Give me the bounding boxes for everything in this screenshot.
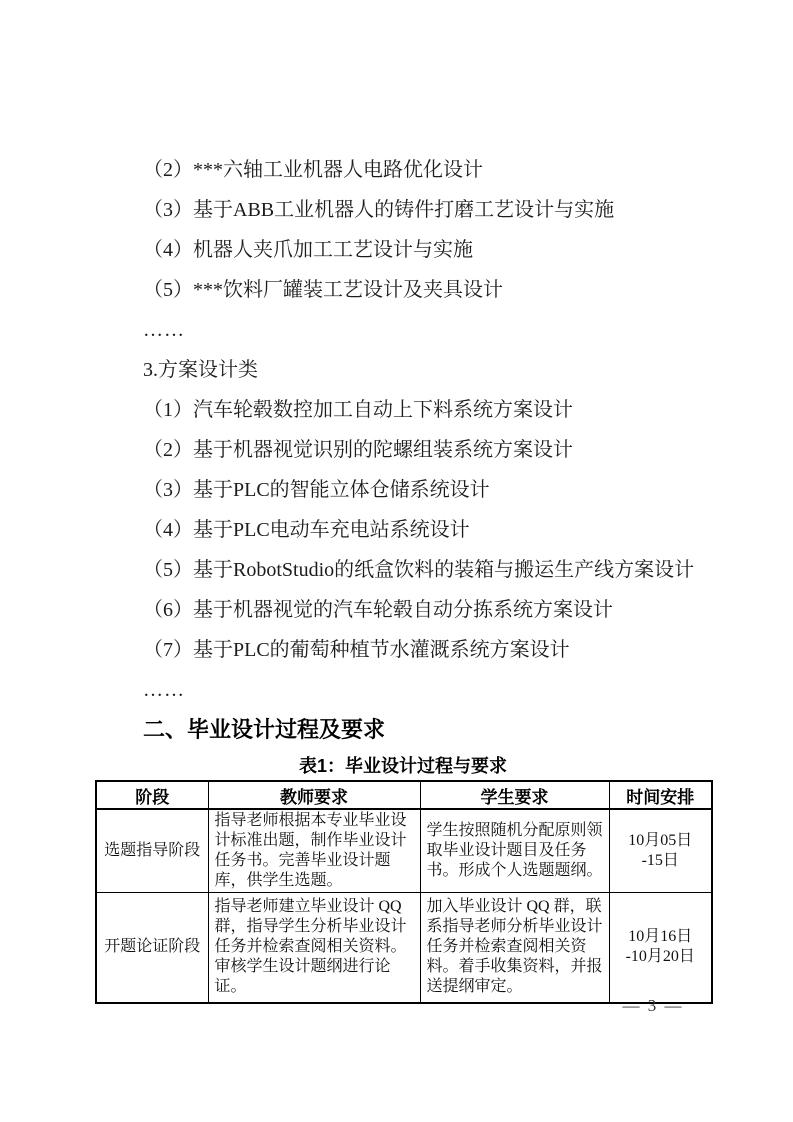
list-item: （2）***六轴工业机器人电路优化设计 xyxy=(95,150,711,190)
column-header-schedule: 时间安排 xyxy=(609,781,712,809)
table-caption: 表1：毕业设计过程与要求 xyxy=(95,755,711,777)
document-body: （2）***六轴工业机器人电路优化设计 （3）基于ABB工业机器人的铸件打磨工艺… xyxy=(95,150,711,1004)
schedule-cell: 10月16日 -10月20日 xyxy=(609,893,712,1003)
stage-cell: 开题论证阶段 xyxy=(96,893,208,1003)
ellipsis-line: …… xyxy=(95,310,711,350)
student-requirements-cell: 学生按照随机分配原则领取毕业设计题目及任务书。形成个人选题题纲。 xyxy=(420,809,609,893)
list-item: （2）基于机器视觉识别的陀螺组装系统方案设计 xyxy=(95,430,711,470)
list-item: （6）基于机器视觉的汽车轮毂自动分拣系统方案设计 xyxy=(95,590,711,630)
document-page: （2）***六轴工业机器人电路优化设计 （3）基于ABB工业机器人的铸件打磨工艺… xyxy=(0,0,793,1122)
list-item: （7）基于PLC的葡萄种植节水灌溉系统方案设计 xyxy=(95,630,711,670)
student-requirements-cell: 加入毕业设计 QQ 群，联系指导老师分析毕业设计任务并检索查阅相关资料。着手收集… xyxy=(420,893,609,1003)
column-header-student-requirements: 学生要求 xyxy=(420,781,609,809)
teacher-requirements-cell: 指导老师建立毕业设计 QQ 群，指导学生分析毕业设计任务并检索查阅相关资料。审核… xyxy=(208,893,420,1003)
schedule-line: 10月16日 xyxy=(616,927,706,947)
teacher-requirements-cell: 指导老师根据本专业毕业设计标准出题，制作毕业设计任务书。完善毕业设计题库，供学生… xyxy=(208,809,420,893)
list-item: （5）***饮料厂罐装工艺设计及夹具设计 xyxy=(95,270,711,310)
table-row: 选题指导阶段 指导老师根据本专业毕业设计标准出题，制作毕业设计任务书。完善毕业设… xyxy=(96,809,712,893)
section-label-scheme-design: 3.方案设计类 xyxy=(95,350,711,390)
list-item: （4）机器人夹爪加工工艺设计与实施 xyxy=(95,230,711,270)
list-item: （1）汽车轮毂数控加工自动上下料系统方案设计 xyxy=(95,390,711,430)
list-item: （3）基于PLC的智能立体仓储系统设计 xyxy=(95,470,711,510)
list-item: （5）基于RobotStudio的纸盒饮料的装箱与搬运生产线方案设计 xyxy=(95,550,711,590)
schedule-line: 10月05日 xyxy=(616,831,706,851)
process-requirements-table: 阶段 教师要求 学生要求 时间安排 选题指导阶段 指导老师根据本专业毕业设计标准… xyxy=(95,780,713,1004)
list-item: （3）基于ABB工业机器人的铸件打磨工艺设计与实施 xyxy=(95,190,711,230)
table-row: 开题论证阶段 指导老师建立毕业设计 QQ 群，指导学生分析毕业设计任务并检索查阅… xyxy=(96,893,712,1003)
page-number: — 3 — xyxy=(607,996,699,1016)
schedule-line: -15日 xyxy=(616,851,706,871)
schedule-cell: 10月05日 -15日 xyxy=(609,809,712,893)
column-header-stage: 阶段 xyxy=(96,781,208,809)
column-header-teacher-requirements: 教师要求 xyxy=(208,781,420,809)
section-heading-process-requirements: 二、毕业设计过程及要求 xyxy=(95,714,711,746)
table-header-row: 阶段 教师要求 学生要求 时间安排 xyxy=(96,781,712,809)
ellipsis-line: …… xyxy=(95,670,711,710)
schedule-line: -10月20日 xyxy=(616,947,706,967)
list-item: （4）基于PLC电动车充电站系统设计 xyxy=(95,510,711,550)
stage-cell: 选题指导阶段 xyxy=(96,809,208,893)
